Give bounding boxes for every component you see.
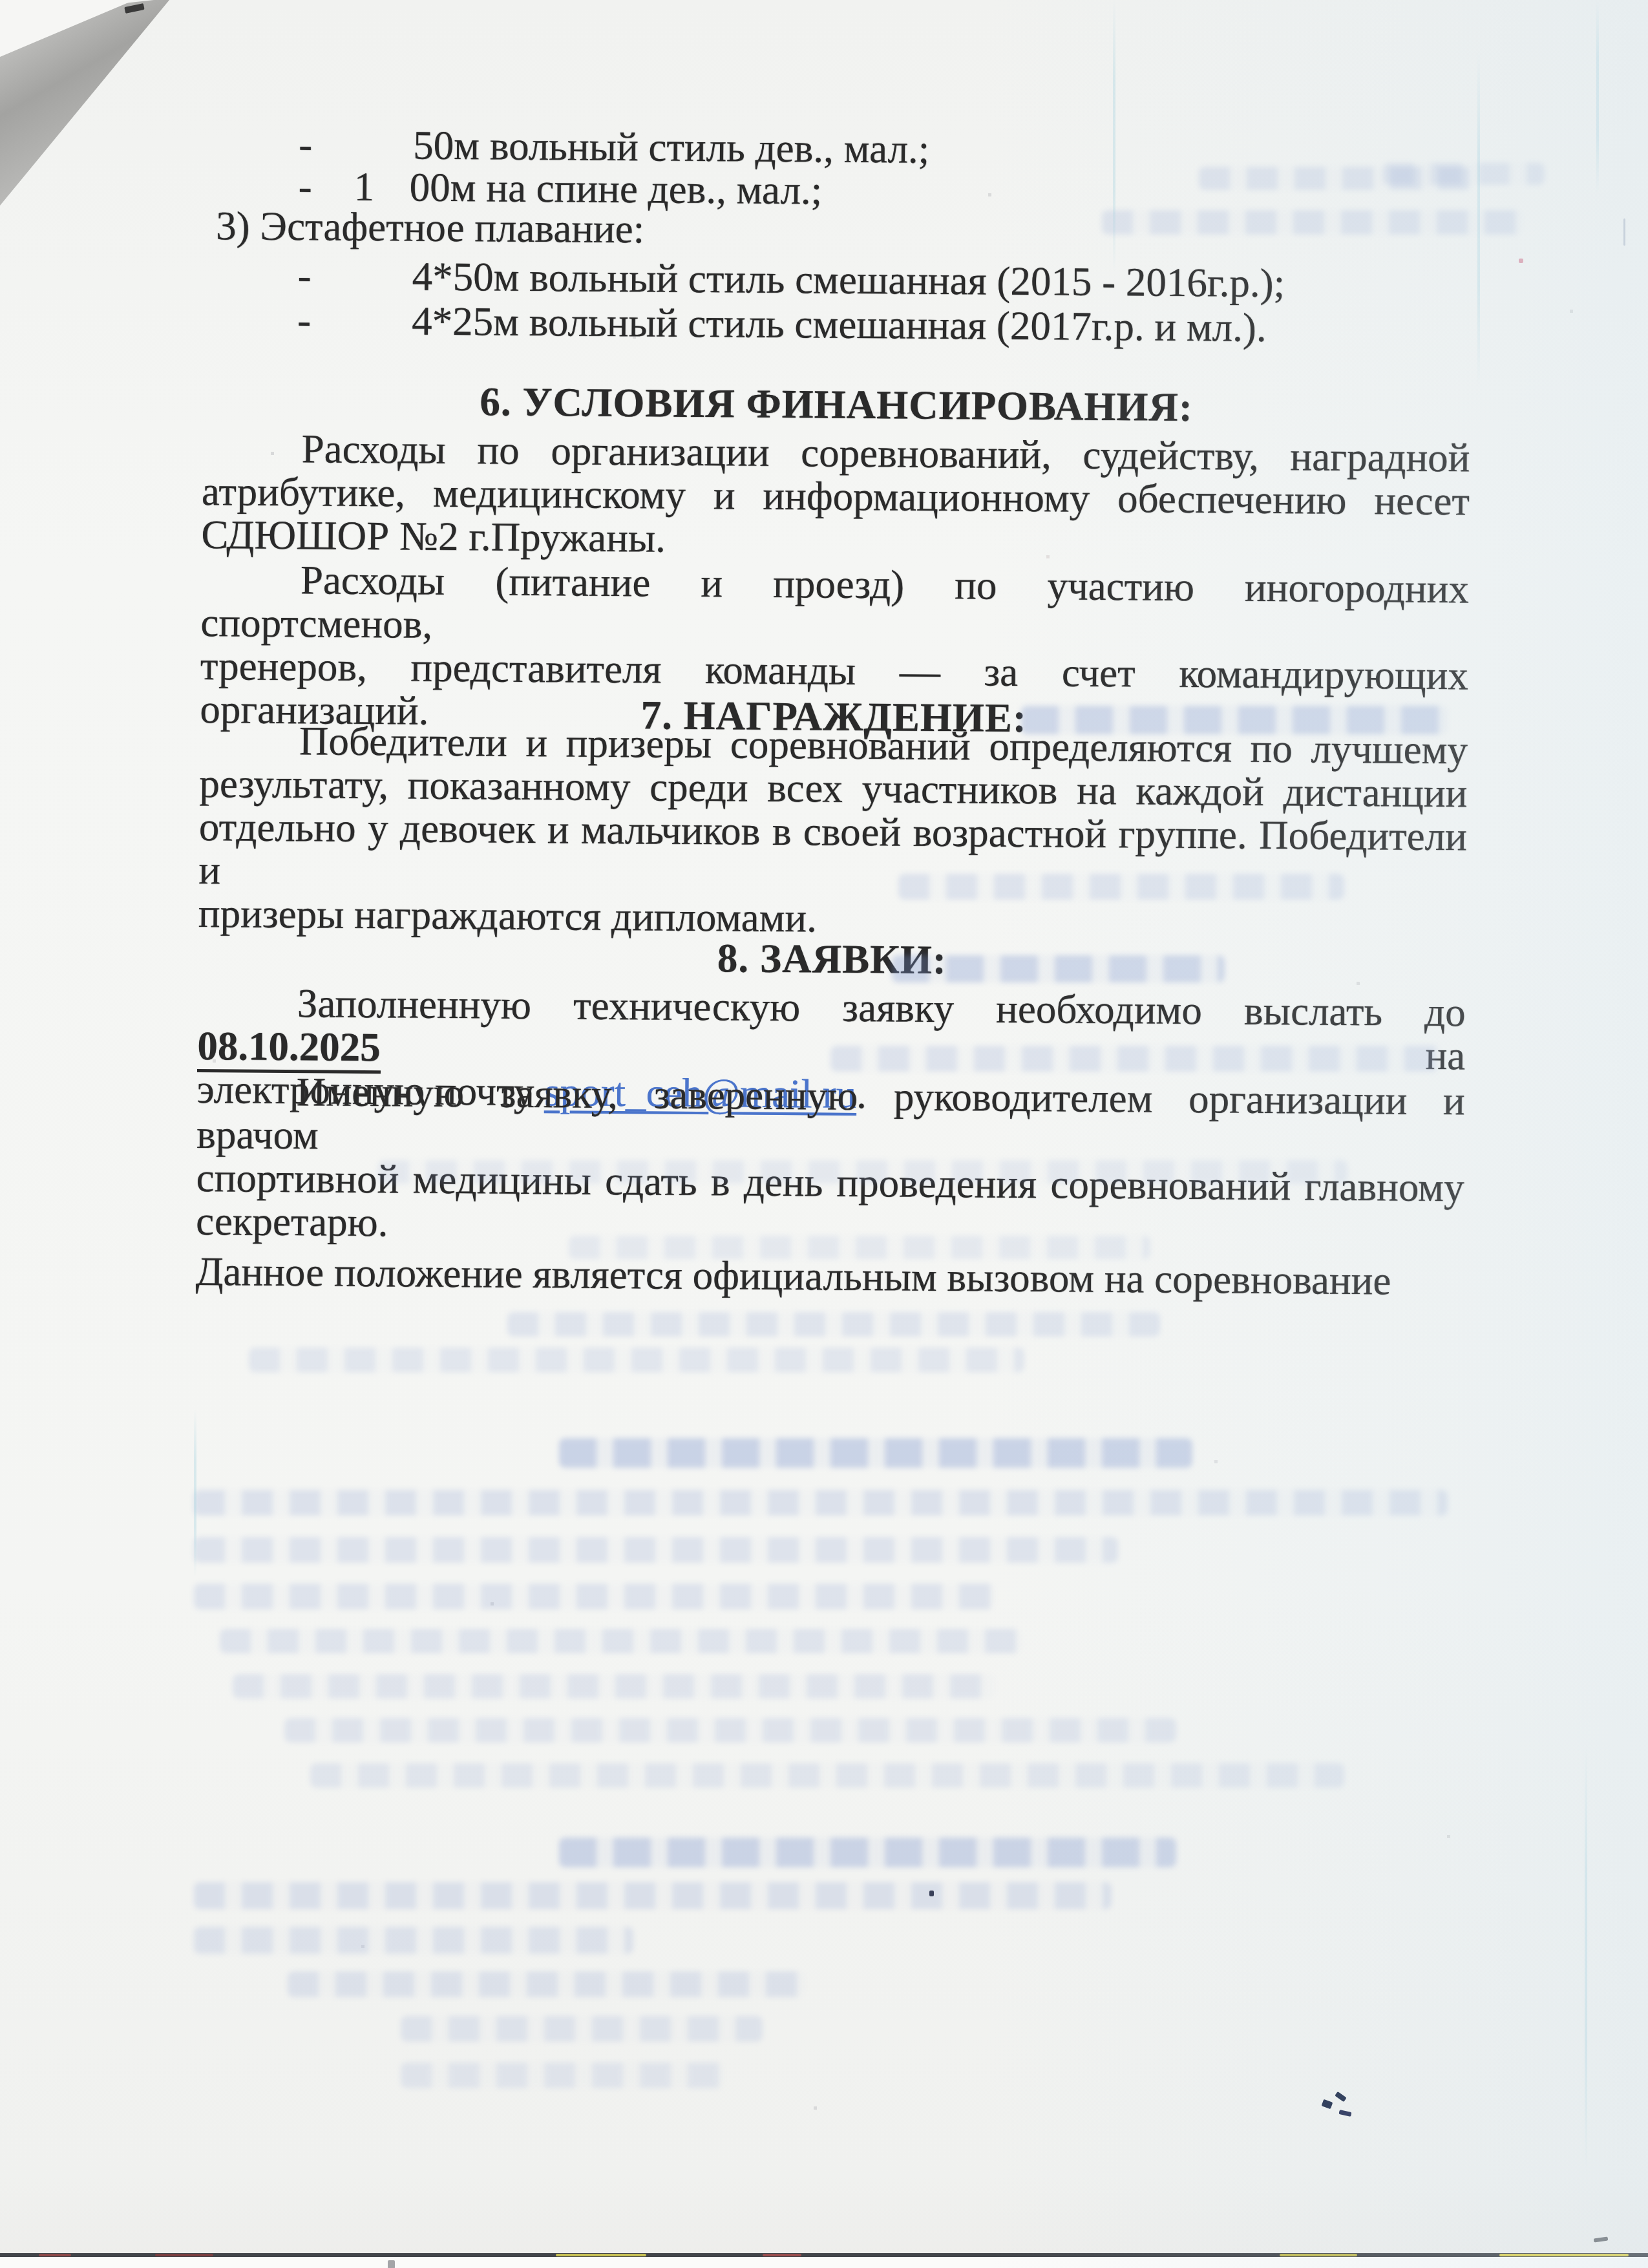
scan-speck [1623, 218, 1625, 246]
bleedthrough-artifact [401, 2016, 763, 2042]
bleedthrough-artifact [507, 1312, 1160, 1337]
bleedthrough-artifact [194, 1927, 633, 1954]
bleedthrough-artifact [233, 1674, 995, 1699]
financing-paragraph-1: Расходы по организации соревнований, суд… [201, 427, 1470, 566]
scan-noise [0, 0, 2, 2]
scan-speck [388, 2260, 395, 2268]
text-line: Именную заявку, заверенную руководителем… [196, 1070, 1465, 1166]
scan-speck [1322, 2099, 1333, 2109]
scan-speck [1499, 2254, 1629, 2256]
scan-speck [1280, 2254, 1357, 2256]
scan-speck [39, 2254, 71, 2256]
section-entries-heading: 8. ЗАЯВКИ: [198, 933, 1466, 986]
list-item-text: 50м вольный стиль дев., мал.; [413, 123, 930, 172]
bleedthrough-artifact [310, 1763, 1344, 1788]
awards-paragraph: Победители и призеры соревнований опреде… [198, 719, 1468, 945]
bleedthrough-artifact [898, 874, 1344, 900]
scanned-document-page: - 50м вольный стиль дев., мал.; - 1 00м … [0, 0, 1648, 2268]
bleedthrough-artifact [559, 1838, 1176, 1867]
scan-speck [763, 2254, 801, 2256]
bleedthrough-artifact [892, 955, 1225, 982]
bleedthrough-artifact [194, 1882, 1112, 1909]
list-subheading-text: 3) Эстафетное плавание: [216, 203, 644, 251]
bleedthrough-artifact [830, 1046, 1441, 1072]
scan-speck [1594, 2236, 1609, 2242]
bullet-dash: - [298, 164, 312, 209]
bleedthrough-artifact [288, 1971, 805, 1997]
bleedthrough-artifact [559, 1438, 1192, 1468]
scan-speck [556, 2254, 646, 2256]
bleedthrough-artifact [194, 1584, 995, 1609]
bleedthrough-artifact [1102, 210, 1522, 235]
bleedthrough-artifact [194, 1537, 1118, 1563]
bleedthrough-artifact [401, 2062, 724, 2088]
bleedthrough-artifact [378, 1160, 1347, 1183]
list-item: - 4*25м вольный стиль смешанная (2017г.р… [203, 297, 1471, 352]
bleedthrough-artifact [284, 1718, 1176, 1743]
scan-speck [1335, 2092, 1347, 2102]
scan-speck [155, 2254, 213, 2256]
bleedthrough-artifact [194, 1490, 1448, 1516]
scan-streak-artifact [1596, 0, 1599, 194]
scan-speck [1519, 259, 1523, 263]
scan-speck [1338, 2110, 1351, 2117]
bullet-dash: - [297, 253, 312, 298]
bleedthrough-artifact [1383, 163, 1545, 185]
bleedthrough-artifact [569, 1236, 1150, 1259]
bleedthrough-artifact [249, 1348, 1024, 1372]
list-item-text: 4*25м вольный стиль смешанная (2017г.р. … [412, 299, 1267, 350]
text-line: Расходы (питание и проезд) по участию ин… [200, 558, 1469, 654]
bleedthrough-artifact [1021, 706, 1448, 734]
scan-streak-artifact [1585, 1745, 1587, 2172]
scan-bottom-margin [0, 2257, 1648, 2268]
bullet-dash: - [297, 297, 312, 343]
section-financing-heading: 6. УСЛОВИЯ ФИНАНСИРОВАНИЯ: [202, 378, 1470, 431]
bullet-dash: - [299, 122, 313, 167]
scan-speck [929, 1891, 934, 1896]
list-item-lead: 1 [354, 164, 374, 209]
list-item-text: 4*50м вольный стиль смешанная (2015 - 20… [412, 254, 1285, 306]
bleedthrough-artifact [220, 1629, 1021, 1653]
